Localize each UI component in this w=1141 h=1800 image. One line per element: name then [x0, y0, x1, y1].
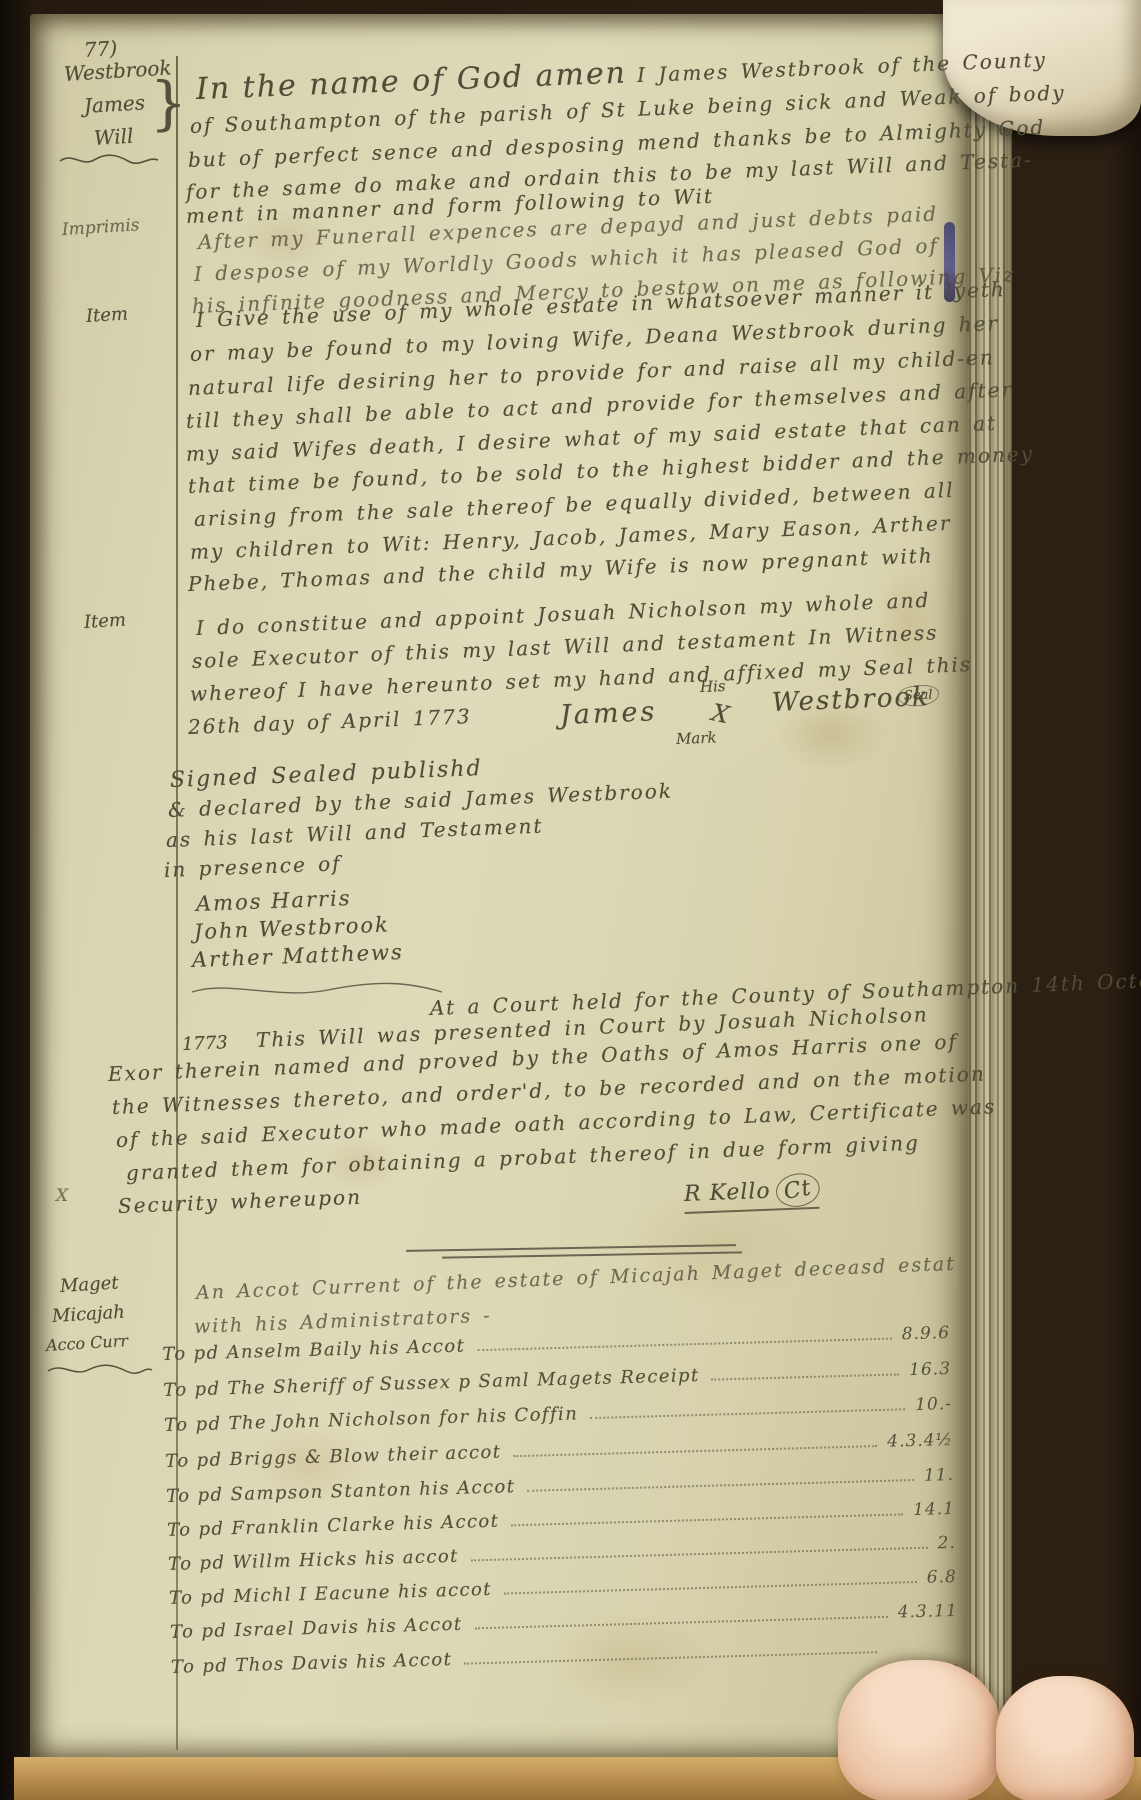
clerk-title: Ct [773, 1170, 822, 1210]
account-entry-amount: 10.- [915, 1394, 952, 1415]
signature-mark: Mark [676, 728, 717, 748]
margin-item-1: Item [85, 303, 128, 327]
flourish-underline [58, 152, 162, 168]
account-entry-amount: 11. [924, 1465, 955, 1486]
account-entry-amount: 16.3 [909, 1359, 951, 1380]
finger [996, 1676, 1134, 1800]
flourish-witnesses [188, 980, 448, 1002]
account-entry-amount: 14.1 [913, 1499, 955, 1520]
margin-doc-type: Will [93, 124, 134, 150]
margin-account-1: Maget [59, 1272, 119, 1297]
flourish-account [46, 1362, 156, 1378]
margin-account-2: Micajah [51, 1302, 125, 1327]
clerk-signature: R KelloCt [683, 1173, 820, 1214]
finger [838, 1660, 1000, 1800]
court-year: 1773 [182, 1032, 229, 1055]
signature-his: His [700, 677, 726, 696]
account-entry-amount: 8.9.6 [901, 1323, 950, 1344]
account-entry-amount: 6.8 [926, 1567, 957, 1588]
account-entry-amount: 2. [937, 1533, 956, 1554]
dotted-leader [712, 1373, 900, 1380]
account-entry-amount: 4.3.4½ [887, 1430, 953, 1452]
margin-cross-mark: X [56, 1186, 68, 1206]
margin-brace: } [150, 74, 187, 132]
clerk-name: R Kello [683, 1179, 771, 1207]
margin-item-2: Item [83, 609, 126, 633]
margin-given-name: James [83, 90, 145, 118]
manuscript-photo: 77) Westbrook James Will } In the name o… [0, 0, 1141, 1800]
signature-first-name: James [559, 696, 657, 731]
account-entry-amount: 4.3.11 [897, 1601, 958, 1623]
